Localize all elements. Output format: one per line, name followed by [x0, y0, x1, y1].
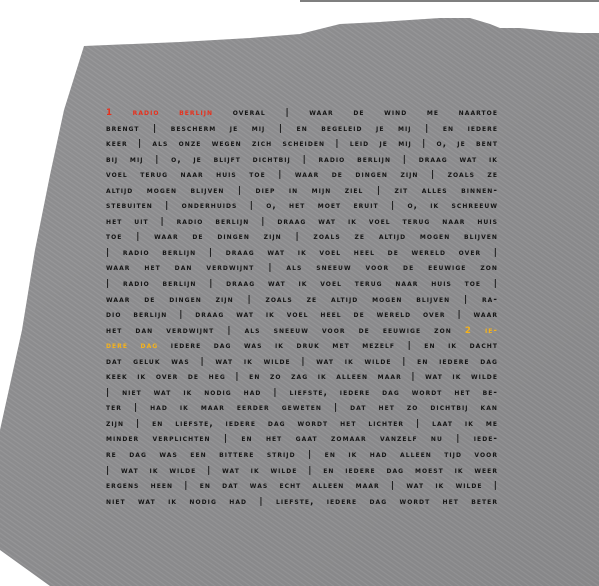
- lyric-line: bij mij | O, je blijft dichtbij | Radio …: [106, 153, 498, 169]
- lyric-segment: minder verplichten | En het gaat zomaar …: [106, 434, 498, 444]
- lyric-line: Niet wat ik nodig had | Liefste, iedere …: [106, 495, 498, 511]
- lyric-line: dat geluk was | Wat ik wilde | Wat ik wi…: [106, 355, 498, 371]
- lyric-segment: | Radio Berlijn | Draag wat ik voel heel…: [106, 248, 498, 258]
- song-title-2: 2 Ie-: [465, 326, 498, 336]
- lyric-line: stebuiten | Onderhuids | O, het moet eru…: [106, 199, 498, 215]
- lyric-line: keek ik over de heg | En zo zag ik allee…: [106, 370, 498, 386]
- lyric-segment: het uit | Radio Berlijn | Draag wat ik v…: [106, 217, 498, 227]
- lyric-segment: het dan verdwijnt | Als sneeuw voor de e…: [106, 326, 465, 336]
- lyric-segment: Niet wat ik nodig had | Liefste, iedere …: [106, 497, 498, 507]
- lyric-line: ter | Had ik maar eerder geweten | Dat h…: [106, 401, 498, 417]
- lyric-segment: | Radio Berlijn | Draag wat ik voel teru…: [106, 279, 498, 289]
- lyric-line: Waar de dingen zijn | Zoals ze altijd mo…: [106, 293, 498, 309]
- lyric-segment: Waar de dingen zijn | Zoals ze altijd mo…: [106, 295, 498, 305]
- lyric-line: brengt | Bescherm je mij | En begeleid j…: [106, 122, 498, 138]
- lyric-segment: ergens heen | En dat was echt alleen maa…: [106, 481, 498, 491]
- song-title-1: 1 Radio Berlijn: [106, 108, 213, 118]
- lyric-line: altijd mogen blijven | Diep in mijn ziel…: [106, 184, 498, 200]
- lyric-line: 1 Radio Berlijn Overal | Waar de wind me…: [106, 106, 498, 122]
- lyric-segment: voel terug naar huis toe | Waar de dinge…: [106, 170, 498, 180]
- lyric-segment: stebuiten | Onderhuids | O, het moet eru…: [106, 201, 498, 211]
- lyric-line: toe | Waar de dingen zijn | Zoals ze alt…: [106, 230, 498, 246]
- lyric-line: het dan verdwijnt | Als sneeuw voor de e…: [106, 324, 498, 340]
- lyric-segment: zijn | En liefste, iedere dag wordt het …: [106, 419, 498, 429]
- lyric-line: ergens heen | En dat was echt alleen maa…: [106, 479, 498, 495]
- lyric-line: dio Berlijn | Draag wat ik voel heel de …: [106, 308, 498, 324]
- lyric-line: | Radio Berlijn | Draag wat ik voel teru…: [106, 277, 498, 293]
- lyric-segment: brengt | Bescherm je mij | En begeleid j…: [106, 124, 498, 134]
- lyric-line: Waar het dan verdwijnt | Als sneeuw voor…: [106, 261, 498, 277]
- lyric-segment: | Wat ik wilde | Wat ik wilde | En ieder…: [106, 466, 498, 476]
- lyric-segment: toe | Waar de dingen zijn | Zoals ze alt…: [106, 232, 498, 242]
- lyric-segment: dio Berlijn | Draag wat ik voel heel de …: [106, 310, 498, 320]
- lyric-line: keer | Als onze wegen zich scheiden | Le…: [106, 137, 498, 153]
- lyric-line: zijn | En liefste, iedere dag wordt het …: [106, 417, 498, 433]
- lyric-line: | Radio Berlijn | Draag wat ik voel heel…: [106, 246, 498, 262]
- lyrics-text-block: 1 Radio Berlijn Overal | Waar de wind me…: [106, 106, 498, 510]
- lyric-segment: bij mij | O, je blijft dichtbij | Radio …: [106, 155, 498, 165]
- lyric-segment: keek ik over de heg | En zo zag ik allee…: [106, 372, 498, 382]
- lyric-segment: re dag was een bittere strijd | En ik ha…: [106, 450, 498, 460]
- song-title-2: dere dag: [106, 341, 158, 351]
- lyric-line: re dag was een bittere strijd | En ik ha…: [106, 448, 498, 464]
- lyric-line: voel terug naar huis toe | Waar de dinge…: [106, 168, 498, 184]
- lyric-segment: Overal | Waar de wind me naartoe: [213, 108, 498, 118]
- lyric-segment: altijd mogen blijven | Diep in mijn ziel…: [106, 186, 498, 196]
- lyric-line: minder verplichten | En het gaat zomaar …: [106, 432, 498, 448]
- lyric-segment: ter | Had ik maar eerder geweten | Dat h…: [106, 403, 498, 413]
- lyric-segment: dat geluk was | Wat ik wilde | Wat ik wi…: [106, 357, 498, 367]
- lyric-line: dere dag Iedere dag was ik druk met meze…: [106, 339, 498, 355]
- lyric-segment: | Niet wat ik nodig had | Liefste, ieder…: [106, 388, 498, 398]
- lyric-line: het uit | Radio Berlijn | Draag wat ik v…: [106, 215, 498, 231]
- lyric-line: | Wat ik wilde | Wat ik wilde | En ieder…: [106, 464, 498, 480]
- lyric-segment: Waar het dan verdwijnt | Als sneeuw voor…: [106, 263, 498, 273]
- lyric-segment: Iedere dag was ik druk met mezelf | En i…: [158, 341, 498, 351]
- lyric-segment: keer | Als onze wegen zich scheiden | Le…: [106, 139, 498, 149]
- lyric-line: | Niet wat ik nodig had | Liefste, ieder…: [106, 386, 498, 402]
